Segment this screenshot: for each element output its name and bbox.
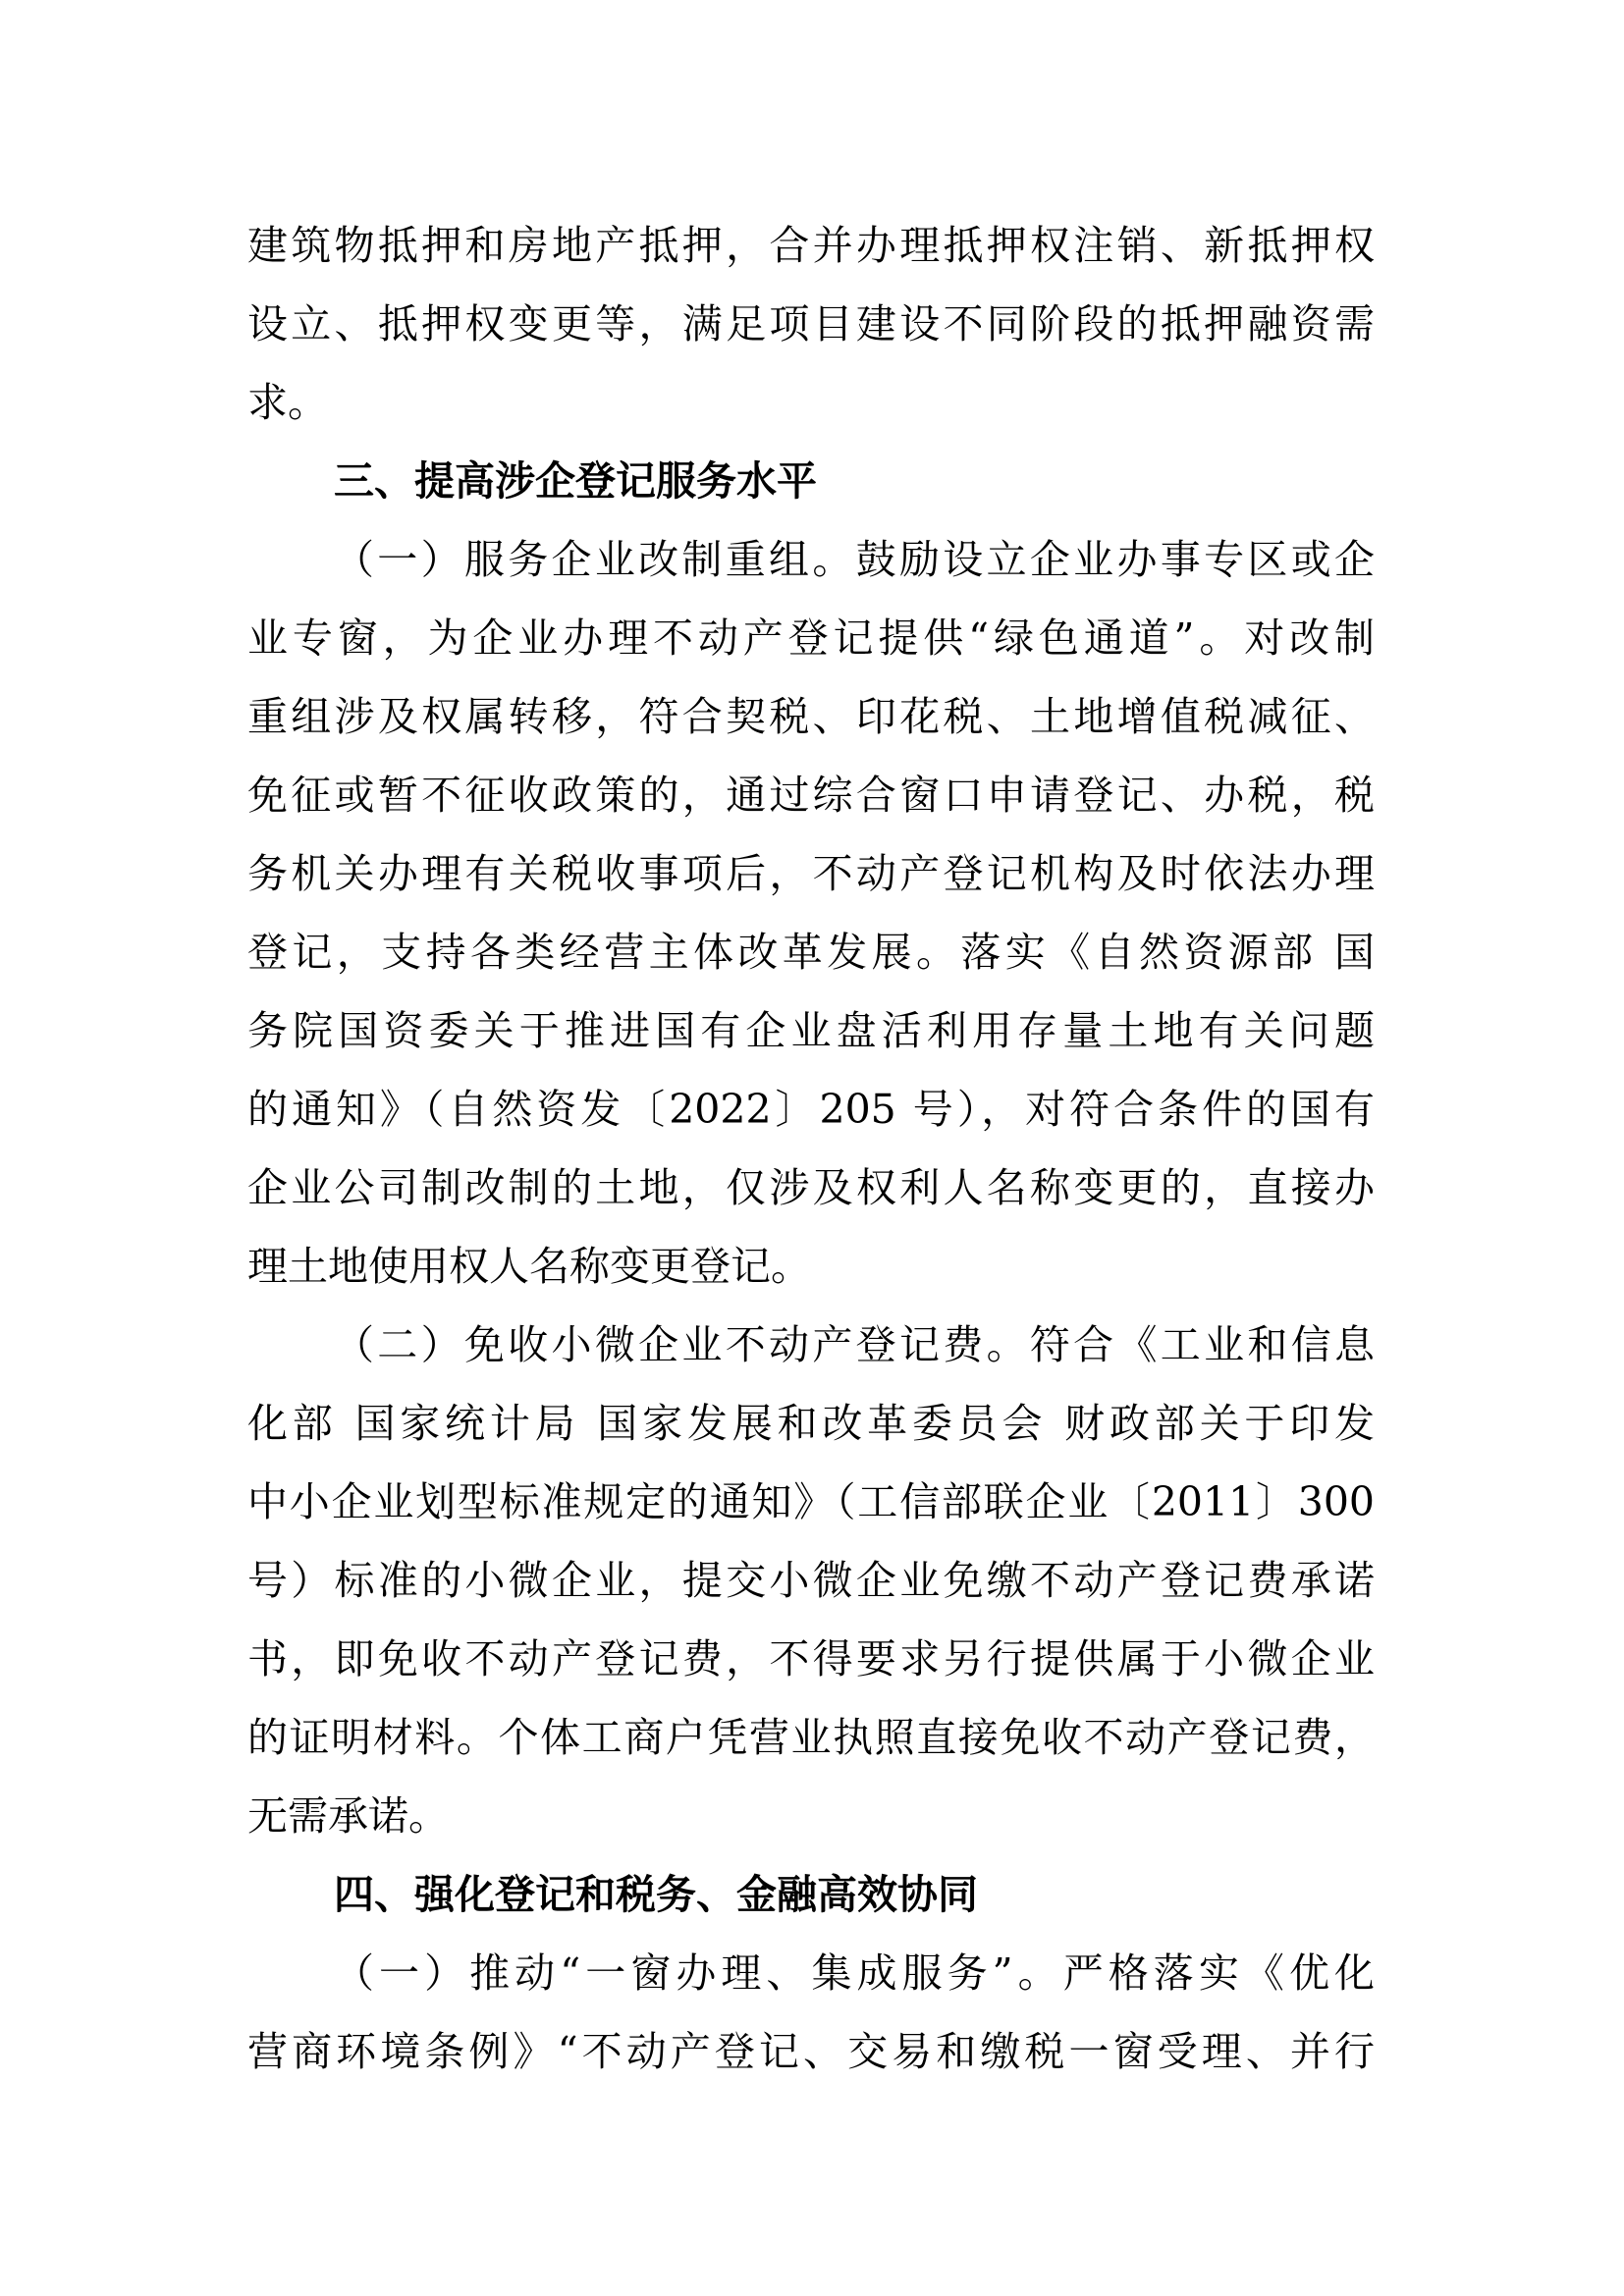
text-line-2: 设立、抵押权变更等，满足项目建设不同阶段的抵押融资需: [247, 285, 1375, 363]
text-line-1: 建筑物抵押和房地产抵押，合并办理抵押权注销、新抵押权: [247, 206, 1375, 285]
text-line-15: （二）免收小微企业不动产登记费。符合《工业和信息: [247, 1306, 1375, 1384]
text-line-11: 务院国资委关于推进国有企业盘活利用存量土地有关问题: [247, 991, 1375, 1070]
text-line-19: 书，即免收不动产登记费，不得要求另行提供属于小微企业: [247, 1620, 1375, 1698]
text-line-20: 的证明材料。个体工商户凭营业执照直接免收不动产登记费，: [247, 1698, 1375, 1777]
text-line-5: （一）服务企业改制重组。鼓励设立企业办事专区或企: [247, 520, 1375, 599]
text-line-13: 企业公司制改制的土地，仅涉及权利人名称变更的，直接办: [247, 1148, 1375, 1227]
text-line-9: 务机关办理有关税收事项后，不动产登记机构及时依法办理: [247, 834, 1375, 913]
text-line-23: （一）推动“一窗办理、集成服务”。严格落实《优化: [247, 1934, 1375, 2012]
text-line-14: 理土地使用权人名称变更登记。: [247, 1227, 1375, 1306]
text-line-16: 化部 国家统计局 国家发展和改革委员会 财政部关于印发: [247, 1384, 1375, 1463]
text-line-3: 求。: [247, 363, 1375, 442]
text-line-8: 免征或暂不征收政策的，通过综合窗口申请登记、办税，税: [247, 756, 1375, 834]
text-line-17: 中小企业划型标准规定的通知》（工信部联企业〔2011〕300: [247, 1463, 1375, 1541]
text-line-10: 登记，支持各类经营主体改革发展。落实《自然资源部 国: [247, 913, 1375, 991]
text-line-24: 营商环境条例》“不动产登记、交易和缴税一窗受理、并行: [247, 2012, 1375, 2091]
text-line-21: 无需承诺。: [247, 1777, 1375, 1855]
document-page: 建筑物抵押和房地产抵押，合并办理抵押权注销、新抵押权 设立、抵押权变更等，满足项…: [0, 0, 1624, 2296]
text-block: 建筑物抵押和房地产抵押，合并办理抵押权注销、新抵押权 设立、抵押权变更等，满足项…: [247, 206, 1375, 2091]
text-line-12: 的通知》（自然资发〔2022〕205 号），对符合条件的国有: [247, 1070, 1375, 1148]
text-line-6: 业专窗，为企业办理不动产登记提供“绿色通道”。对改制: [247, 599, 1375, 677]
section-heading-4: 四、强化登记和税务、金融高效协同: [247, 1855, 1375, 1934]
text-line-18: 号）标准的小微企业，提交小微企业免缴不动产登记费承诺: [247, 1541, 1375, 1620]
text-line-7: 重组涉及权属转移，符合契税、印花税、土地增值税减征、: [247, 677, 1375, 756]
section-heading-3: 三、提高涉企登记服务水平: [247, 442, 1375, 520]
